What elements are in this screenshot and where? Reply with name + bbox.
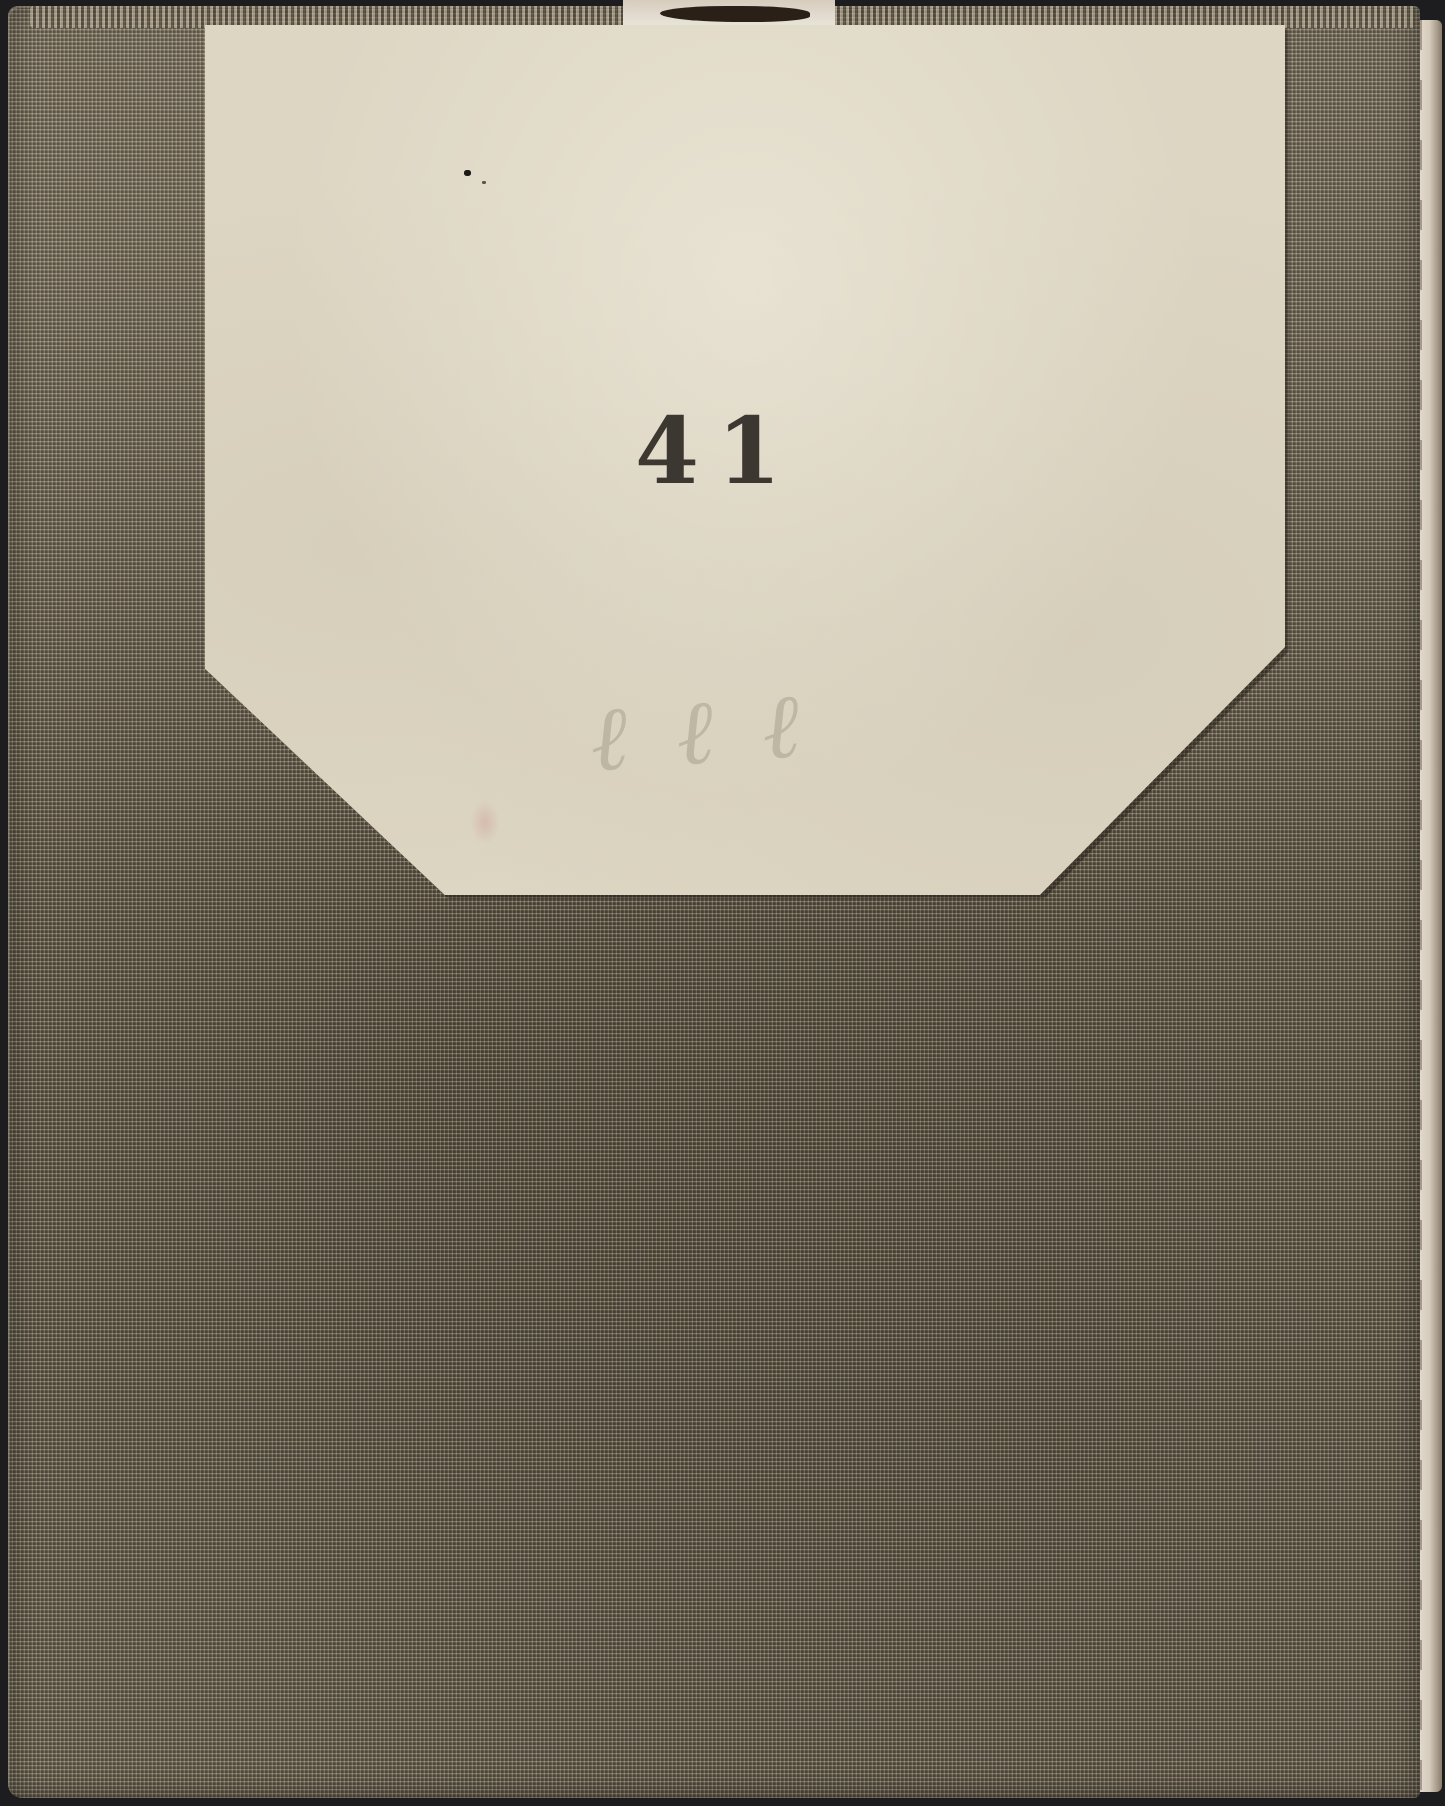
ink-speck (482, 181, 486, 184)
faint-pencil-note: ℓ ℓ ℓ (587, 672, 813, 792)
faint-red-mark (470, 800, 500, 845)
ink-speck (464, 170, 471, 176)
label-number: 41 (635, 405, 799, 497)
